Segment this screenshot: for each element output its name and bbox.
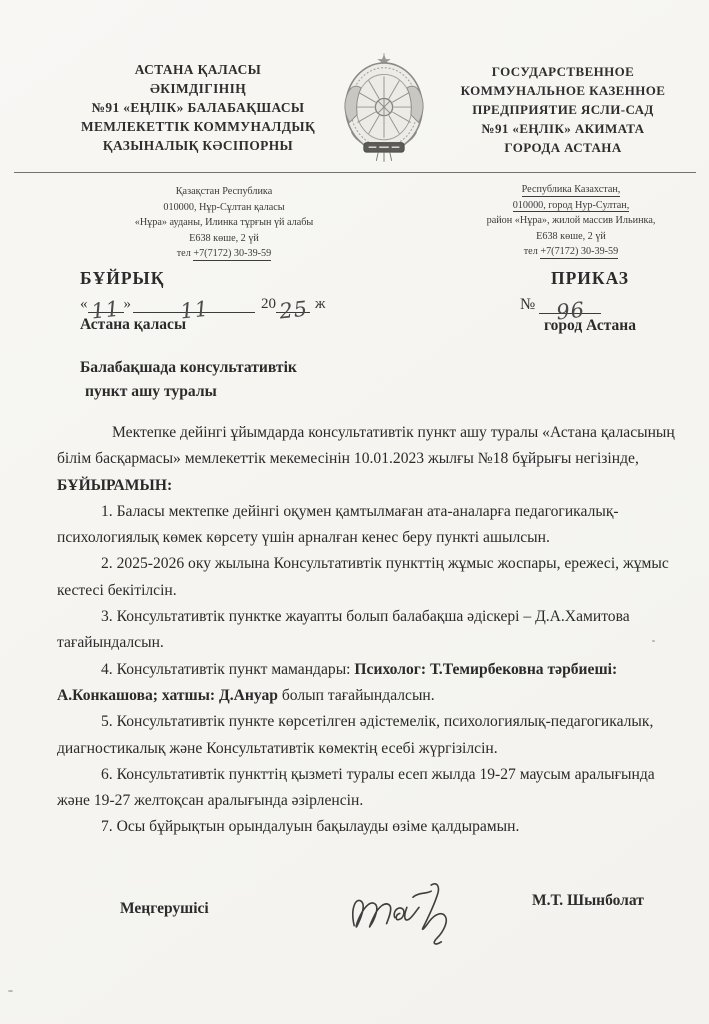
org-name-russian: ГОСУДАРСТВЕННОЕ КОММУНАЛЬНОЕ КАЗЕННОЕ ПР… [436, 62, 690, 157]
address-line: 010000, город Нур-Султан, [452, 198, 690, 214]
org-line: АСТАНА ҚАЛАСЫ [48, 60, 348, 79]
order-item-2: 2. 2025-2026 оку жылына Консультативтік … [57, 551, 675, 604]
address-line: 010000, Нұр-Сұлтан қаласы [88, 200, 360, 216]
signer-name: М.Т. Шынболат [532, 892, 644, 910]
order-item-3: 3. Консультативтік пунктке жауапты болып… [57, 604, 675, 657]
address-kazakh: Қазақстан Республика 010000, Нұр-Сұлтан … [88, 184, 360, 262]
scanned-order-document: АСТАНА ҚАЛАСЫ ӘКІМДІГІНІҢ №91 «ЕҢЛІК» БА… [0, 0, 709, 1024]
phone-label: тел [524, 246, 541, 257]
order-number-line: № 96 [498, 296, 682, 314]
subject-line: пункт ашу туралы [80, 380, 297, 404]
org-line: ПРЕДПРИЯТИЕ ЯСЛИ-САД [436, 100, 690, 119]
order-item-7: 7. Осы бұйрықтын орындалуын бақылауды өз… [57, 814, 675, 840]
address-phone-line: тел +7(7172) 30-39-59 [452, 244, 690, 260]
date-day-blank: 11 [88, 295, 124, 313]
address-line-text: Республика Казахстан, [522, 184, 621, 197]
address-line: Е638 көше, 2 үй [452, 229, 690, 245]
item-4-post: болып тағайындалсын. [278, 687, 435, 704]
order-body: Мектепке дейінгі ұйымдарда консультативт… [57, 420, 675, 841]
address-russian: Республика Казахстан, 010000, город Нур-… [452, 182, 690, 260]
org-line: №91 «ЕҢЛІК» АКИМАТА [436, 119, 690, 138]
org-line: №91 «ЕҢЛІК» БАЛАБАҚШАСЫ [48, 98, 348, 117]
header-divider-line [14, 172, 696, 173]
org-line: МЕМЛЕКЕТТІК КОММУНАЛДЫҚ [48, 117, 348, 136]
order-header-russian: ПРИКАЗ № 96 город Астана [498, 268, 682, 335]
address-line: «Нұра» ауданы, Илинка тұрғын үй алабы [88, 215, 360, 231]
signer-role: Меңгерушісі [120, 900, 209, 918]
date-year-blank: 25 [276, 295, 310, 313]
handwritten-month: 11 [179, 297, 210, 324]
handwritten-day-value: 11 [90, 297, 121, 324]
org-line: ҚАЗЫНАЛЫҚ КӘСІПОРНЫ [48, 136, 348, 155]
order-title-kk: БҰЙРЫҚ [80, 268, 400, 289]
order-city-ru: город Астана [498, 317, 682, 335]
order-title-ru: ПРИКАЗ [498, 268, 682, 289]
address-line: Қазақстан Республика [88, 184, 360, 200]
order-header-kazakh: БҰЙРЫҚ «11»112025ж Астана қаласы [80, 268, 400, 334]
kazakhstan-coat-of-arms-icon [336, 50, 432, 168]
subject-line: Балабақшада консультативтік [80, 356, 297, 380]
year-unit: ж [315, 296, 325, 312]
handwritten-year: 25 [278, 297, 309, 324]
org-line: ГОСУДАРСТВЕННОЕ [436, 62, 690, 81]
intro-paragraph: Мектепке дейінгі ұйымдарда консультативт… [57, 420, 675, 499]
handwritten-order-number: 96 [555, 298, 586, 325]
intro-bold-word: БҰЙЫРАМЫН: [57, 477, 172, 494]
org-line: ӘКІМДІГІНІҢ [48, 79, 348, 98]
org-line: КОММУНАЛЬНОЕ КАЗЕННОЕ [436, 81, 690, 100]
close-quote: » [124, 296, 132, 312]
order-item-5: 5. Консультативтік пункте көрсетілген әд… [57, 709, 675, 762]
order-city-kk: Астана қаласы [80, 316, 400, 334]
item-4-pre: 4. Консультативтік пункт мамандары: [101, 661, 354, 678]
address-phone-line: тел +7(7172) 30-39-59 [88, 246, 360, 262]
address-line-text: 010000, город Нур-Султан, [513, 200, 630, 213]
number-label: № [520, 296, 535, 313]
order-date-line: «11»112025ж [80, 295, 400, 313]
order-item-6: 6. Консультативтік пункттің қызметі тура… [57, 762, 675, 815]
order-subject: Балабақшада консультативтік пункт ашу ту… [80, 356, 297, 404]
org-name-kazakh: АСТАНА ҚАЛАСЫ ӘКІМДІГІНІҢ №91 «ЕҢЛІК» БА… [48, 60, 348, 155]
phone-label: тел [177, 248, 194, 259]
order-item-4: 4. Консультативтік пункт мамандары: Псих… [57, 657, 675, 710]
order-number-blank: 96 [539, 296, 601, 314]
scan-speck [652, 640, 655, 642]
phone-number: +7(7172) 30-39-59 [193, 248, 271, 261]
year-prefix: 20 [261, 296, 276, 312]
address-line: Е638 көше, 2 үй [88, 231, 360, 247]
open-quote: « [80, 296, 88, 312]
phone-number: +7(7172) 30-39-59 [540, 246, 618, 259]
handwritten-signature [342, 872, 494, 960]
address-line: Республика Казахстан, [452, 182, 690, 198]
scan-speck [8, 990, 13, 992]
date-month-blank: 11 [133, 295, 255, 313]
intro-text: Мектепке дейінгі ұйымдарда консультативт… [57, 424, 675, 467]
org-line: ГОРОДА АСТАНА [436, 138, 690, 157]
order-item-1: 1. Баласы мектепке дейінгі оқумен қамтыл… [57, 499, 675, 552]
address-line: район «Нұра», жилой массив Ильинка, [452, 213, 690, 229]
